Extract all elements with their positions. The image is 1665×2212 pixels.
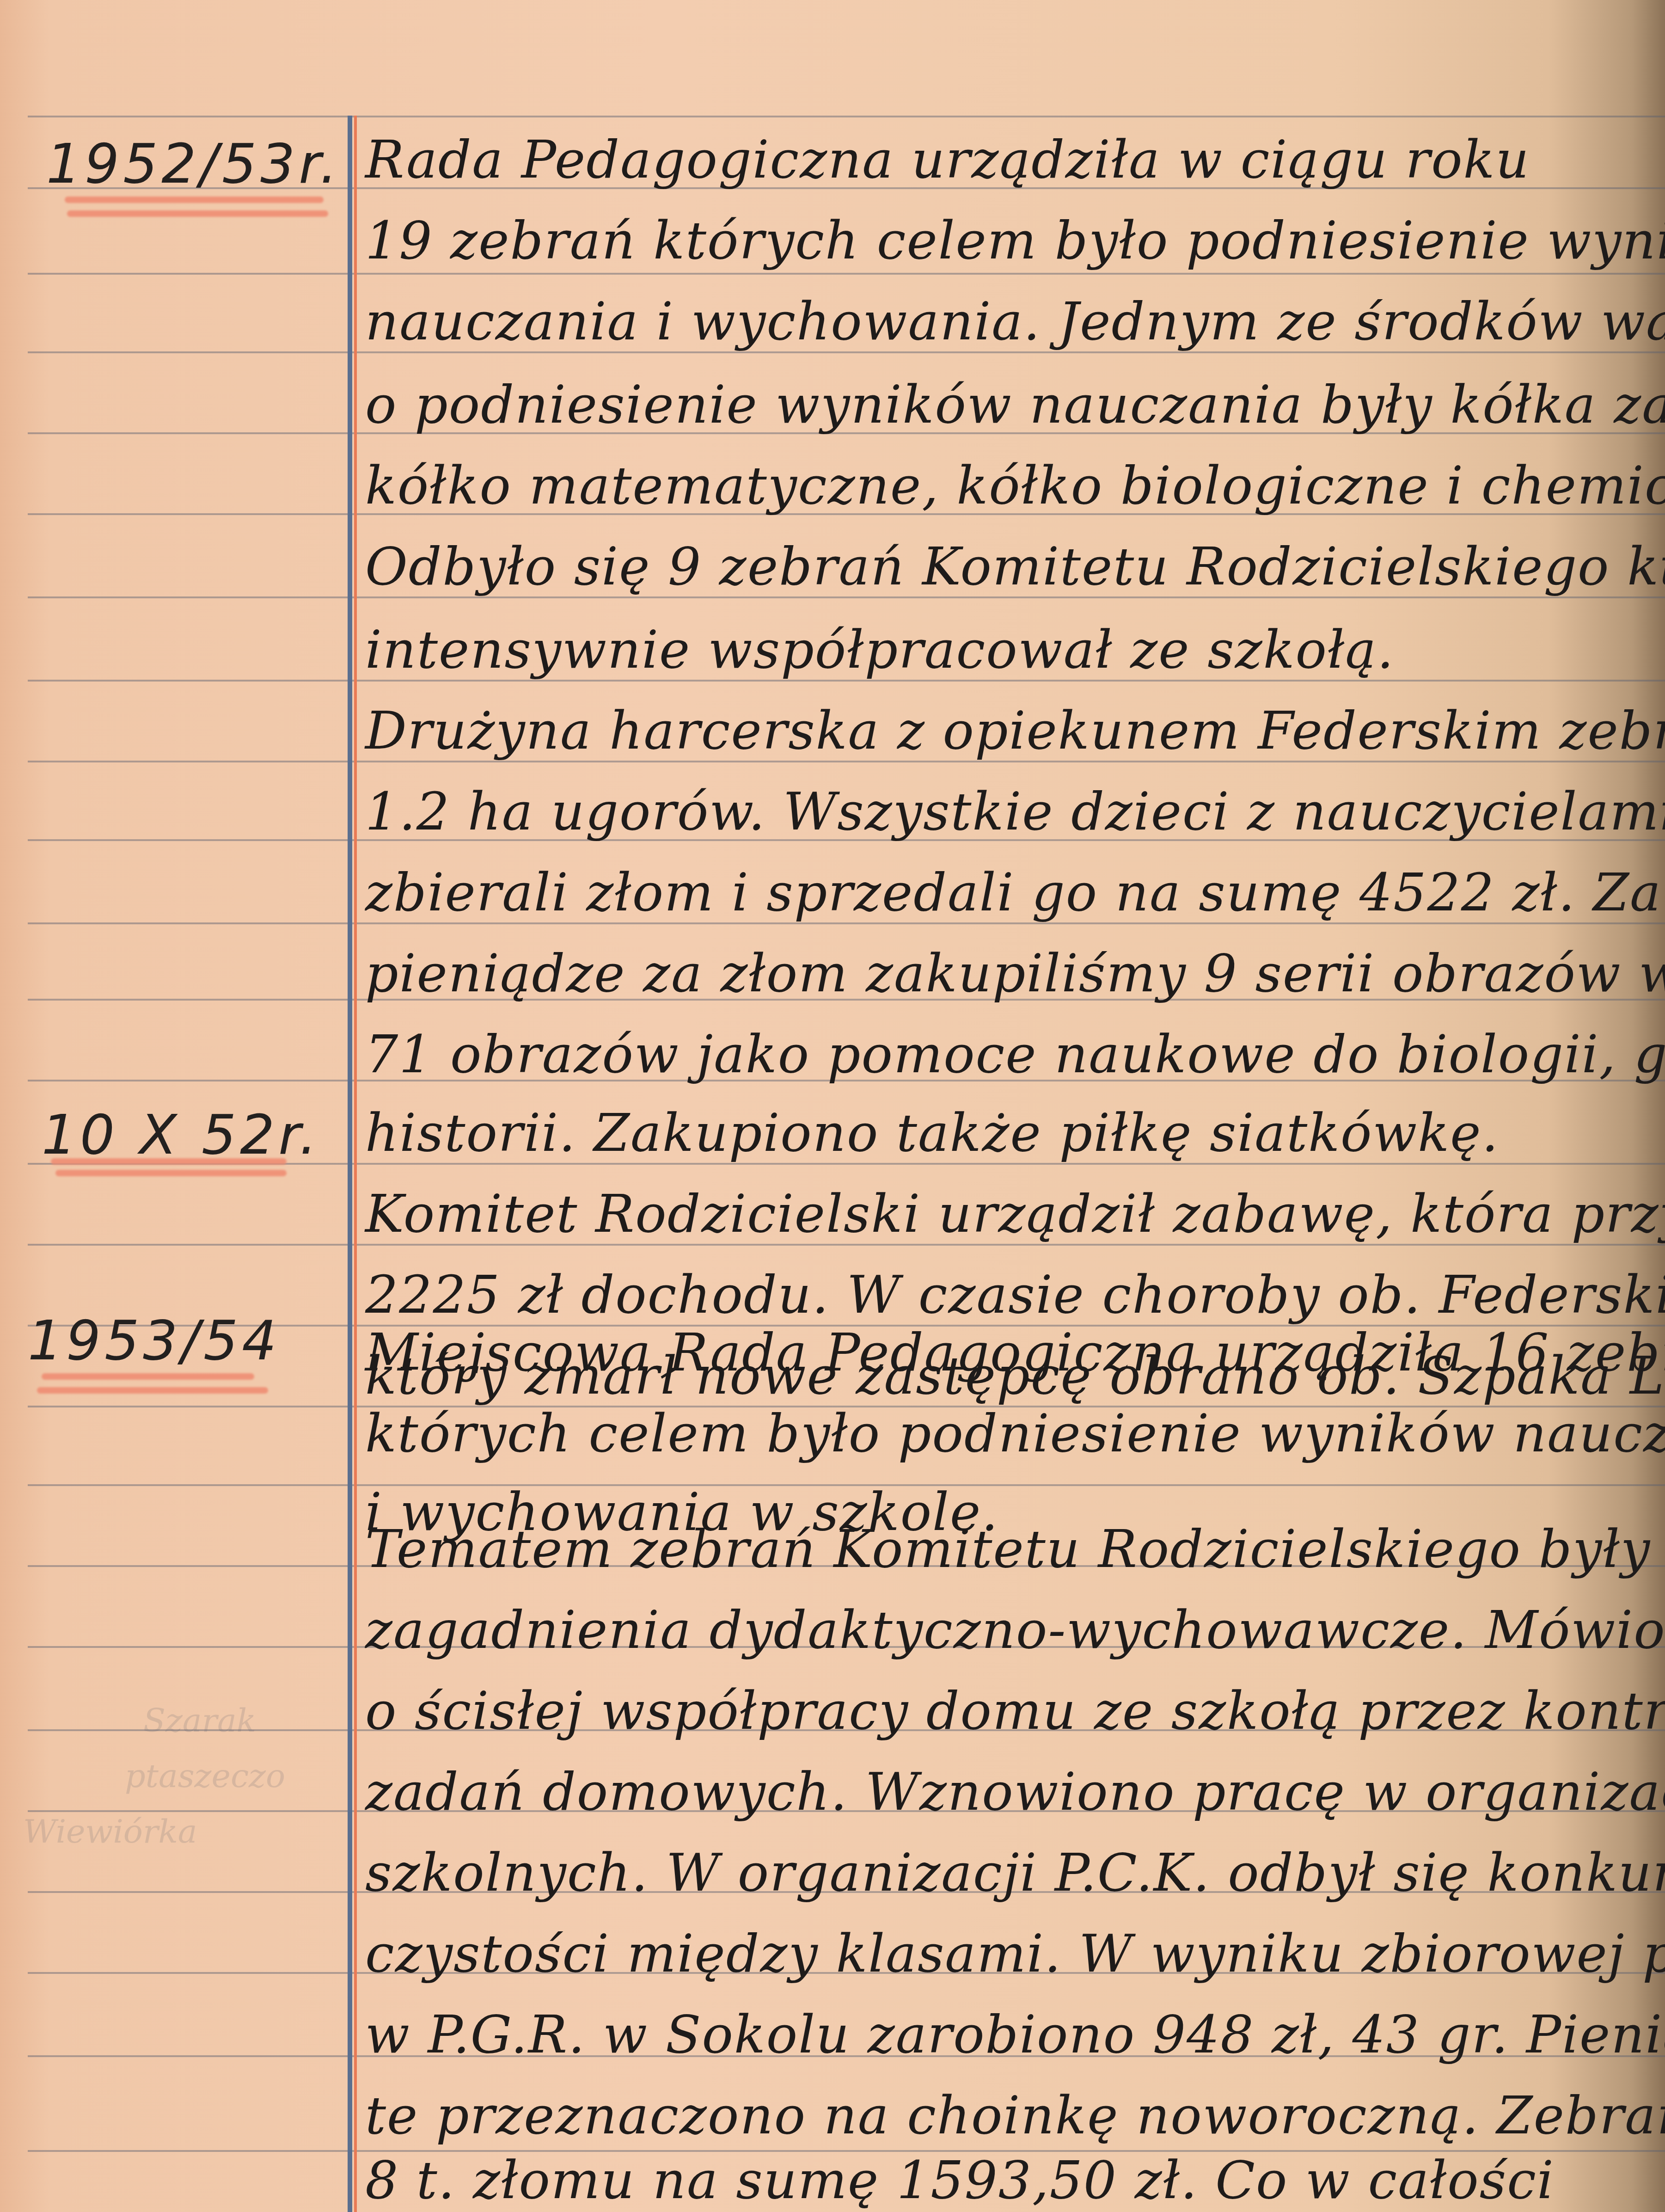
ruled-line — [28, 116, 1665, 117]
text-line: pieniądze za złom zakupiliśmy 9 serii ob… — [365, 948, 1637, 1000]
text-line: czystości między klasami. W wyniku zbior… — [365, 1928, 1637, 1980]
text-line: szkolnych. W organizacji P.C.K. odbył si… — [365, 1847, 1637, 1899]
date-underline — [37, 1387, 268, 1394]
date-underline — [55, 1170, 287, 1176]
text-line: których celem było podniesienie wyników … — [365, 1408, 1637, 1460]
text-line: Miejscowa Rada Pedagogiczna urządziła 16… — [365, 1327, 1637, 1379]
ruled-line — [28, 273, 1665, 275]
text-line: Tematem zebrań Komitetu Rodzicielskiego … — [365, 1524, 1637, 1575]
date-underline — [42, 1373, 254, 1380]
date-underline — [67, 210, 328, 217]
text-line: 8 t. złomu na sumę 1593,50 zł. Co w cało… — [365, 2155, 1637, 2206]
text-line: zagadnienia dydaktyczno-wychowawcze. Mów… — [365, 1604, 1637, 1656]
text-line: o ścisłej współpracy domu ze szkołą prze… — [365, 1685, 1637, 1737]
text-line: w P.G.R. w Sokolu zarobiono 948 zł, 43 g… — [365, 2009, 1637, 2061]
text-line: Komitet Rodzicielski urządził zabawę, kt… — [365, 1188, 1637, 1240]
text-line: 19 zebrań których celem było podniesieni… — [365, 215, 1637, 267]
entry-date: 1953/54 — [28, 1309, 337, 1372]
text-line: intensywnie współpracował ze szkołą. — [365, 624, 1637, 676]
date-underline — [65, 197, 324, 203]
notebook-page: Szarak ptaszeczo Wiewiórka 1952/53r. Rad… — [0, 0, 1665, 2212]
text-line: te przeznaczono na choinkę noworoczną. Z… — [365, 2090, 1637, 2142]
text-line: nauczania i wychowania. Jednym ze środkó… — [365, 296, 1637, 348]
text-line: 1.2 ha ugorów. Wszystkie dzieci z nauczy… — [365, 786, 1637, 838]
text-line: 2225 zł dochodu. W czasie choroby ob. Fe… — [365, 1269, 1637, 1321]
text-line: o podniesienie wyników nauczania były kó… — [365, 379, 1637, 431]
text-line: zadań domowych. Wznowiono pracę w organi… — [365, 1766, 1637, 1818]
bleed-through-text: Wiewiórka — [23, 1813, 197, 1850]
text-line: kółko matematyczne, kółko biologiczne i … — [365, 460, 1637, 512]
text-line: Odbyło się 9 zebrań Komitetu Rodzicielsk… — [365, 541, 1637, 593]
entry-date: 1952/53r. — [46, 132, 356, 196]
date-underline — [51, 1158, 287, 1165]
bleed-through-text: Szarak — [143, 1702, 256, 1739]
margin-line-red — [354, 116, 357, 2212]
bleed-through-text: ptaszeczo — [125, 1757, 285, 1795]
text-line: zbierali złom i sprzedali go na sumę 452… — [365, 867, 1637, 919]
text-line: Drużyna harcerska z opiekunem Federskim … — [365, 705, 1637, 757]
text-line: historii. Zakupiono także piłkę siatkówk… — [365, 1107, 1637, 1159]
text-line: Rada Pedagogiczna urządziła w ciągu roku — [365, 134, 1637, 186]
entry-date: 10 X 52r. — [42, 1103, 351, 1167]
text-line: 71 obrazów jako pomoce naukowe do biolog… — [365, 1029, 1637, 1081]
